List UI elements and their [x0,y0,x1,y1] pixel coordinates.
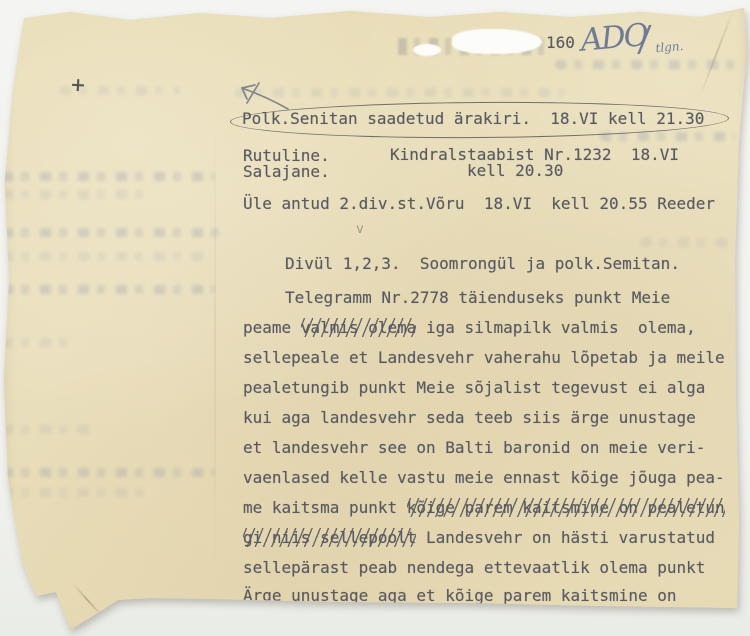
typed-text: vaenlased kelle vastu meie ennast kõige … [243,468,725,487]
typed-text: kui aga landesvehr seda teeb siis ärge u… [243,408,696,427]
document-paper: 160 ADO / tlgn. + Polk.Senitan saadetud … [0,0,750,636]
scan-background: 160 ADO / tlgn. + Polk.Senitan saadetud … [0,0,750,636]
typed-text: Landesvehr on hästi varustatud [416,528,715,547]
fold-crease [214,110,216,580]
typed-line: me kaitsma punkt kõige parem kaitsmine o… [243,499,725,517]
typed-text: Divül 1,2,3. Soomrongül ja polk.Semitan. [285,254,680,273]
typed-line: vaenlased kelle vastu meie ennast kõige … [243,469,725,487]
bleedthrough-text [2,488,152,497]
typed-line: Telegramm Nr.2778 täienduseks punkt Meie [285,289,670,307]
typed-line: Ärge unustage aga et kõige parem kaitsmi… [243,587,676,605]
check-mark: v [356,222,364,237]
handwriting-slash: / [637,19,652,60]
circled-header-line: Polk.Senitan saadetud ärakiri. 18.VI kel… [242,110,704,128]
typed-line: et landesvehr see on Balti baronid on me… [243,439,705,457]
typed-text: pealetungib punkt Meie sõjalist tegevust… [243,378,705,397]
bleedthrough-text [2,252,207,261]
bleedthrough-text [2,468,215,477]
whiteout-patch [452,29,542,54]
handwritten-annotation: ADO / tlgn. [579,13,693,72]
typed-line: sellepärast peab nendega ettevaatlik ole… [243,559,705,577]
typed-text: et landesvehr see on Balti baronid on me… [243,438,705,457]
typed-text: me kaitsma punkt [243,498,407,517]
typed-line: pealetungib punkt Meie sõjalist tegevust… [243,379,705,397]
struck-text: gi niis sellepoolt [243,528,416,547]
typed-line: gi niis sellepoolt Landesvehr on hästi v… [243,529,715,547]
page-number: 160 [546,34,575,52]
typed-text: peame [243,318,301,337]
bleedthrough-text [2,190,152,199]
typed-line: Divül 1,2,3. Soomrongül ja polk.Semitan. [285,255,680,273]
secrecy-label: Salajane. [243,163,330,181]
typed-line: sellepeale et Landesvehr vaherahu lõpeta… [243,349,725,367]
bleedthrough-text [2,172,215,181]
typed-text: Ärge unustage aga et kõige parem kaitsmi… [243,586,676,605]
typed-line: peame valmis olema iga silmapilk valmis … [243,319,696,337]
typed-text: sellepeale et Landesvehr vaherahu lõpeta… [243,348,725,367]
pencil-cross-mark: + [69,74,86,97]
delivery-line: Üle antud 2.div.st.Võru 18.VI kell 20.55… [243,195,715,213]
bleedthrough-text [2,228,230,237]
whiteout-patch [413,44,441,56]
typed-text: iga silmapilk valmis olema, [416,318,695,337]
bleedthrough-text [2,285,215,294]
bleedthrough-text [2,338,72,347]
fold-crease [699,8,735,98]
bleedthrough-text [640,238,735,247]
struck-text: valmis olema [301,318,417,337]
struck-text: kõige parem kaitsmine on pealetun [407,498,725,517]
bleedthrough-text [2,425,92,434]
handwriting-sub: tlgn. [655,39,684,55]
paper-shadow: 160 ADO / tlgn. + Polk.Senitan saadetud … [0,0,750,636]
origin-line2: kell 20.30 [467,162,563,180]
fold-crease [72,583,103,617]
typed-text: Telegramm Nr.2778 täienduseks punkt Meie [285,288,670,307]
typed-text: sellepärast peab nendega ettevaatlik ole… [243,558,705,577]
typed-line: kui aga landesvehr seda teeb siis ärge u… [243,409,696,427]
